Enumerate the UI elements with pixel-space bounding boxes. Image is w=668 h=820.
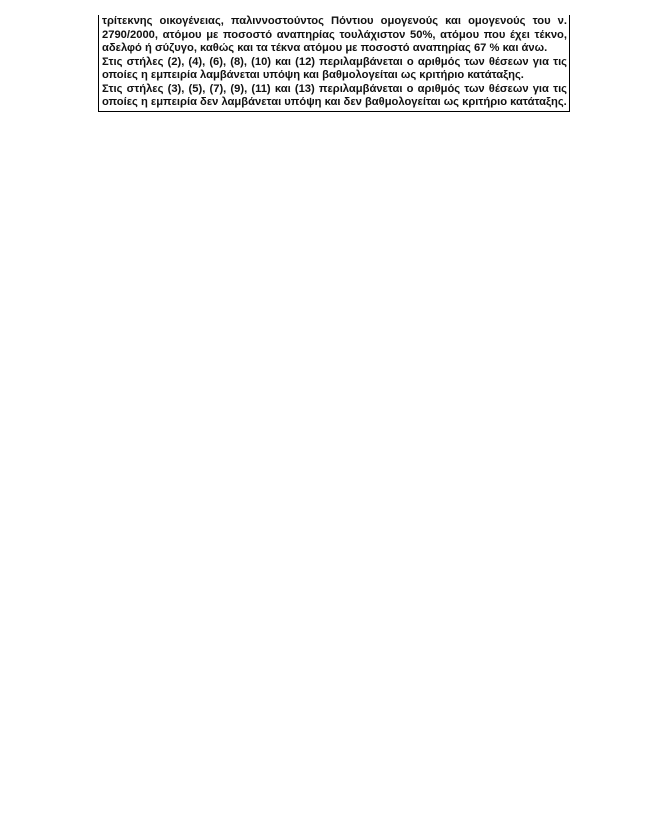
note-paragraph-priority-categories: τρίτεκνης οικογένειας, παλιννοστούντος Π… bbox=[102, 15, 567, 56]
note-paragraph-experience-not-counted: Στις στήλες (3), (5), (7), (9), (11) και… bbox=[102, 83, 567, 110]
note-paragraph-experience-counted: Στις στήλες (2), (4), (6), (8), (10) και… bbox=[102, 56, 567, 83]
footnote-box: τρίτεκνης οικογένειας, παλιννοστούντος Π… bbox=[98, 15, 570, 112]
